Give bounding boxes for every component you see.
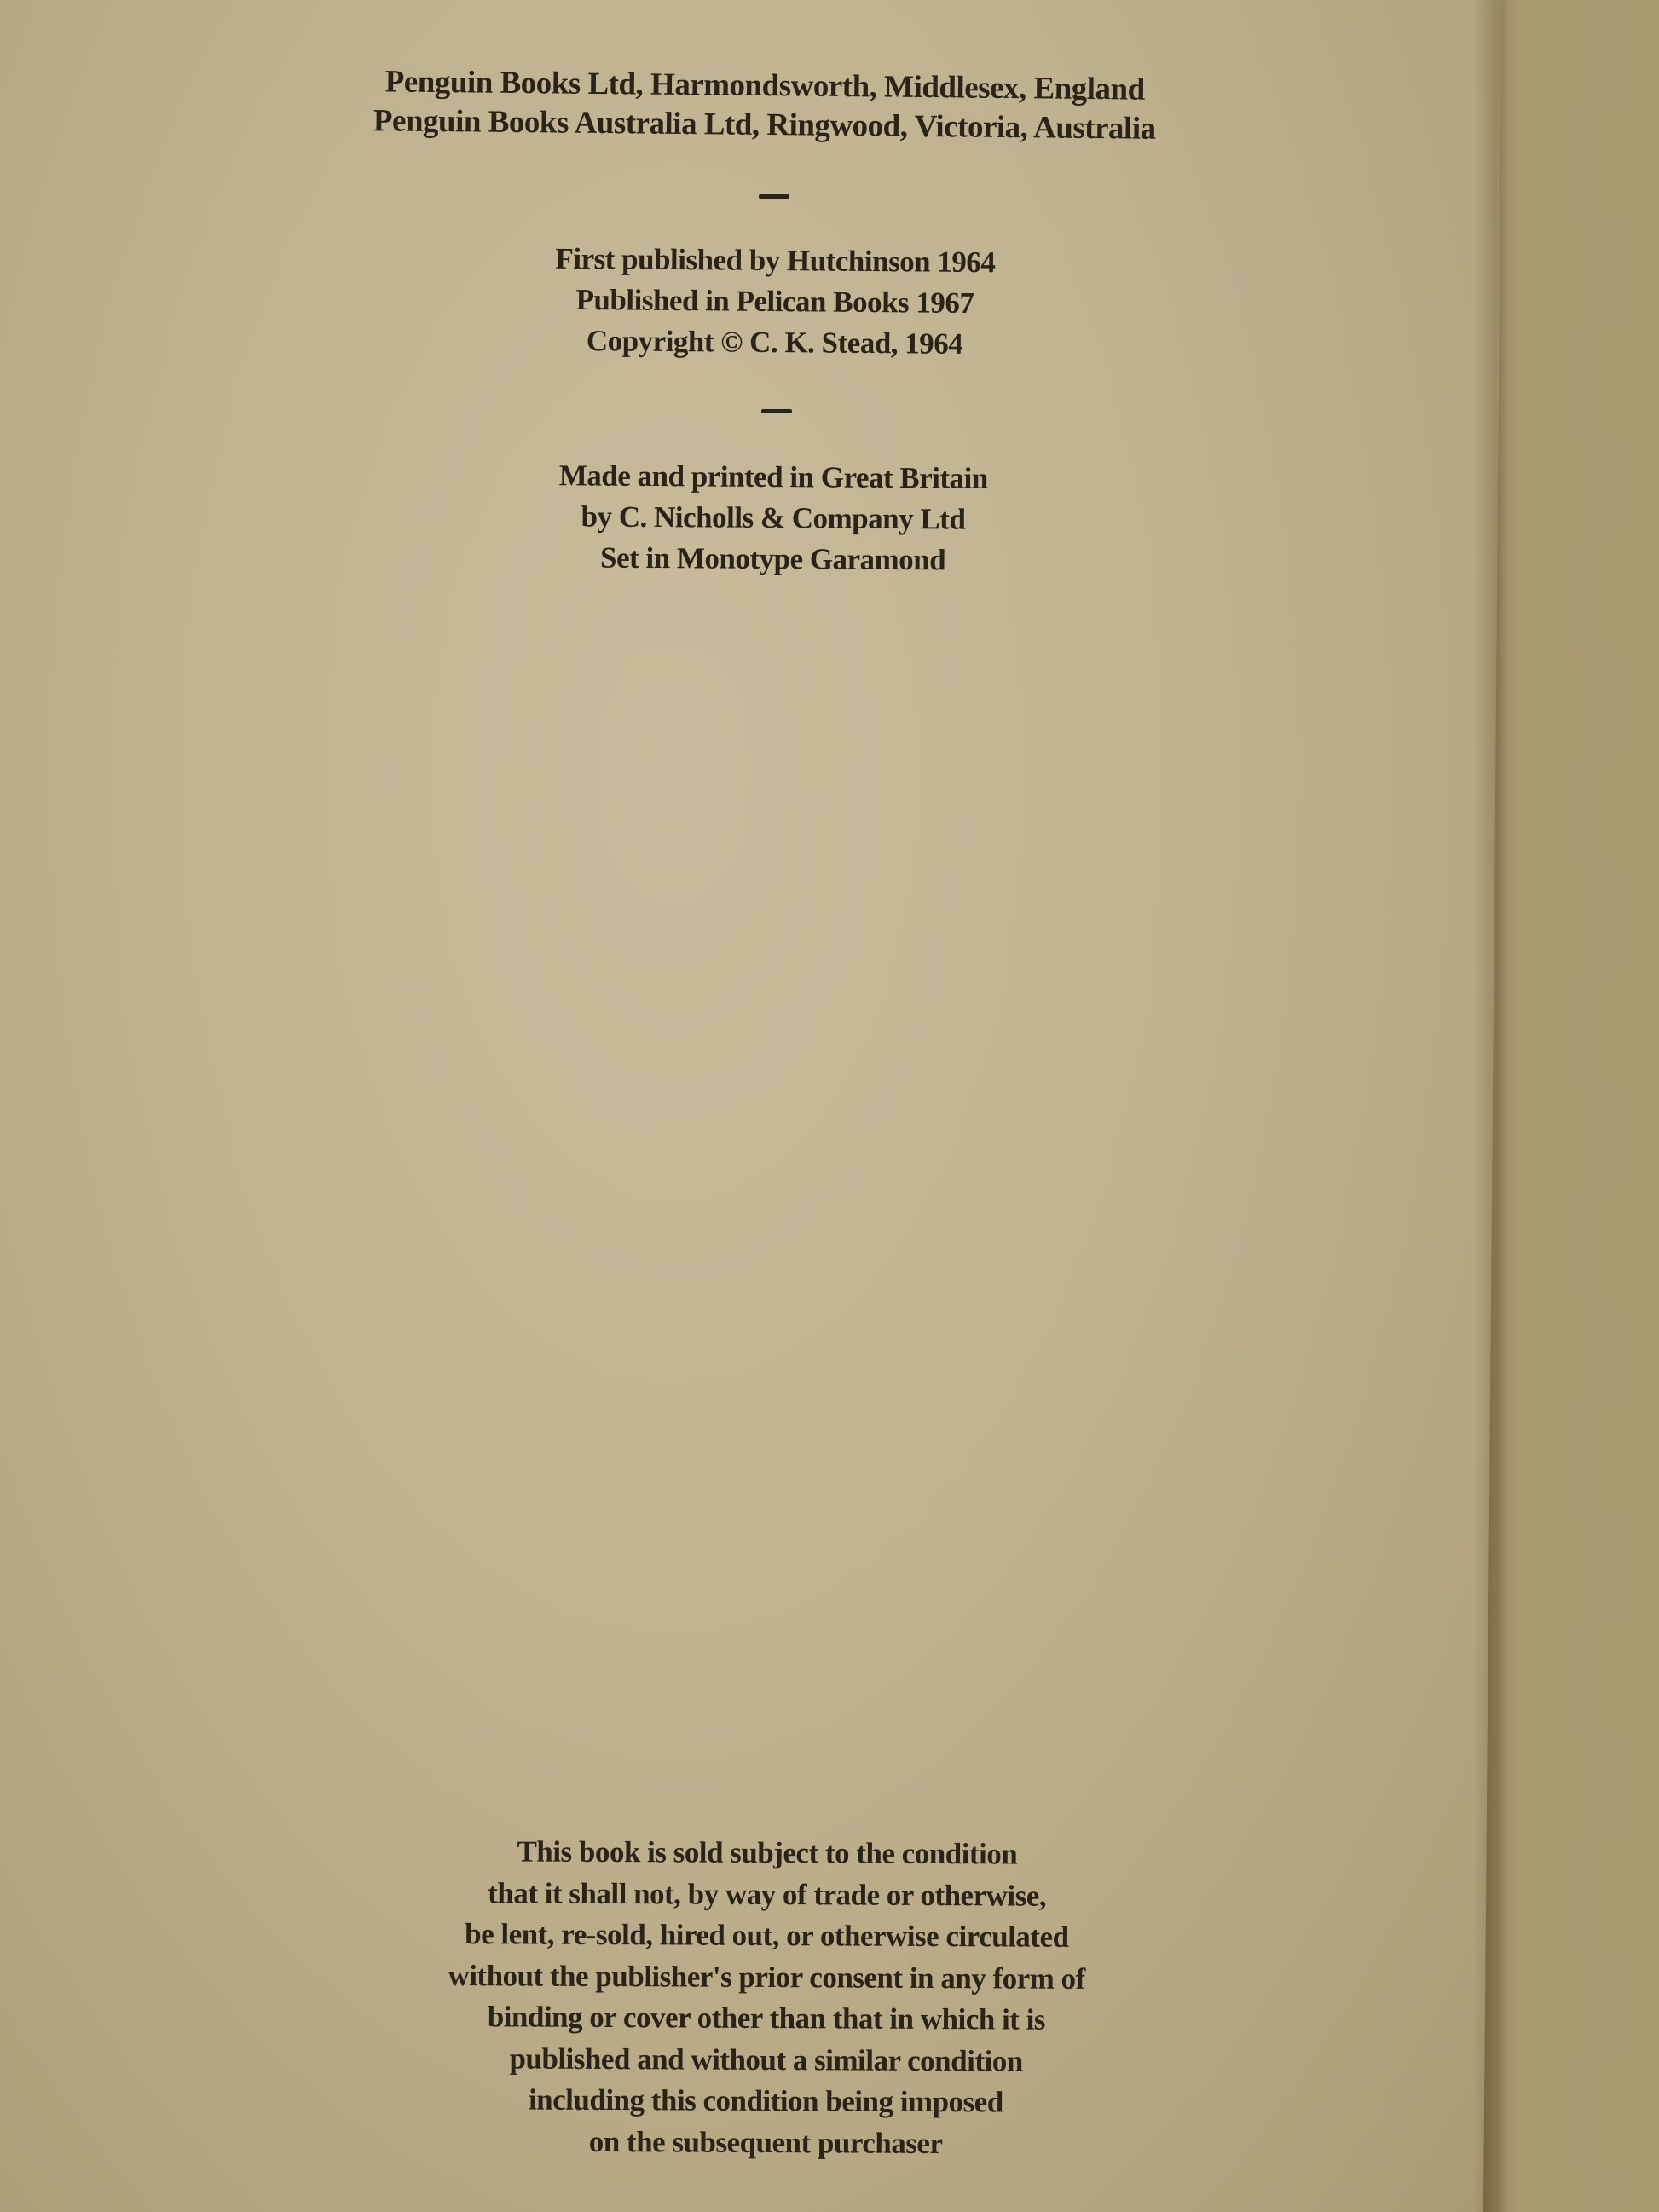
publisher-addresses: Penguin Books Ltd, Harmondsworth, Middle… <box>15 59 1515 153</box>
sale-condition-notice: This book is sold subject to the conditi… <box>16 1828 1517 2167</box>
separator-dash <box>761 409 792 413</box>
separator-dash <box>759 194 789 199</box>
condition-line: on the subsequent purchaser <box>16 2118 1515 2168</box>
edition-history: First published by Hutchinson 1964 Publi… <box>25 234 1524 369</box>
printer-info: Made and printed in Great Britain by C. … <box>24 452 1523 585</box>
